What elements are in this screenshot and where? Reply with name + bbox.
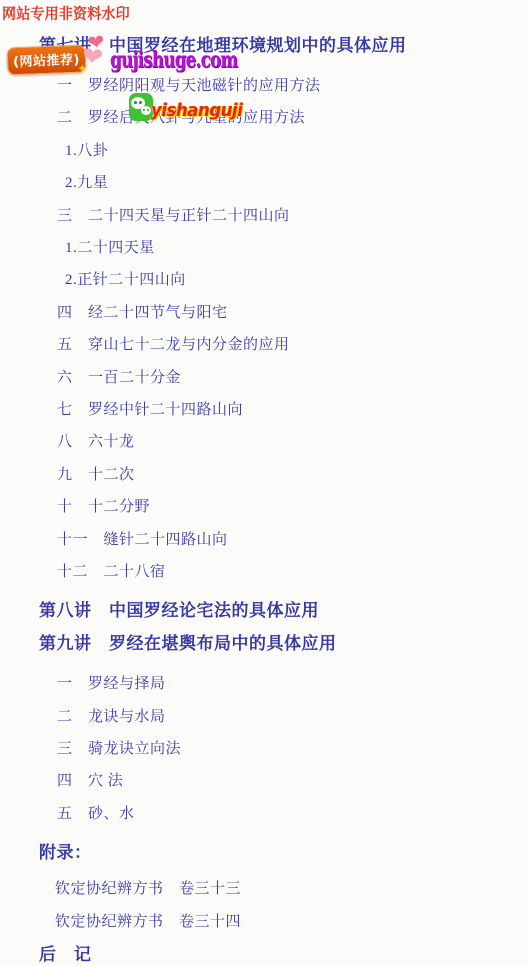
site-recommend-badge: (网站推荐) xyxy=(7,45,87,76)
toc-line: 2.正针二十四山向 xyxy=(0,263,528,295)
site-logo-watermark: gujishuge.com xyxy=(110,46,237,72)
toc-line: 五 穿山七十二龙与内分金的应用 xyxy=(0,328,528,360)
wechat-bubble-small xyxy=(141,106,151,115)
toc-line: 2.九星 xyxy=(0,166,528,198)
toc-line: 附录： xyxy=(0,834,528,866)
toc-line: 1.八卦 xyxy=(0,133,528,165)
toc-line: 三 骑龙诀立向法 xyxy=(0,731,528,763)
toc-line: 钦定协纪辨方书 卷三十三 xyxy=(0,872,528,904)
toc-line: 八 六十龙 xyxy=(0,425,528,457)
toc-line: 十二 二十八宿 xyxy=(0,554,528,586)
toc-line: 七 罗经中针二十四路山向 xyxy=(0,392,528,424)
toc-line: 后 记 xyxy=(0,937,528,966)
toc-line: 钦定协纪辨方书 卷三十四 xyxy=(0,904,528,936)
wechat-icon xyxy=(129,93,153,121)
toc-line: 九 十二次 xyxy=(0,457,528,489)
sparkle-icon: ✦ xyxy=(77,61,88,77)
toc: 第七讲 中国罗经在地理环境规划中的具体应用一 罗经阴阳观与天池磁针的应用方法二 … xyxy=(0,0,528,966)
toc-line: 十一 缝针二十四路山向 xyxy=(0,522,528,554)
toc-line: 一 罗经与择局 xyxy=(0,666,528,698)
toc-line: 五 砂、水 xyxy=(0,796,528,828)
toc-line: 二 龙诀与水局 xyxy=(0,699,528,731)
wechat-account-watermark: yishanguji xyxy=(151,100,242,121)
scanned-page: 第七讲 中国罗经在地理环境规划中的具体应用一 罗经阴阳观与天池磁针的应用方法二 … xyxy=(0,0,528,966)
watermark-text: 网站专用非资料水印 xyxy=(2,3,130,24)
toc-line: 二 罗经后天八卦与九星的应用方法 xyxy=(0,101,528,133)
toc-line: 四 穴 法 xyxy=(0,764,528,796)
toc-line: 六 一百二十分金 xyxy=(0,360,528,392)
toc-line: 1.二十四天星 xyxy=(0,230,528,262)
toc-line: 第八讲 中国罗经论宅法的具体应用 xyxy=(0,593,528,625)
toc-line: 三 二十四天星与正针二十四山向 xyxy=(0,198,528,230)
toc-line: 四 经二十四节气与阳宅 xyxy=(0,295,528,327)
toc-line: 十 十二分野 xyxy=(0,489,528,521)
toc-line: 第九讲 罗经在堪舆布局中的具体应用 xyxy=(0,625,528,657)
